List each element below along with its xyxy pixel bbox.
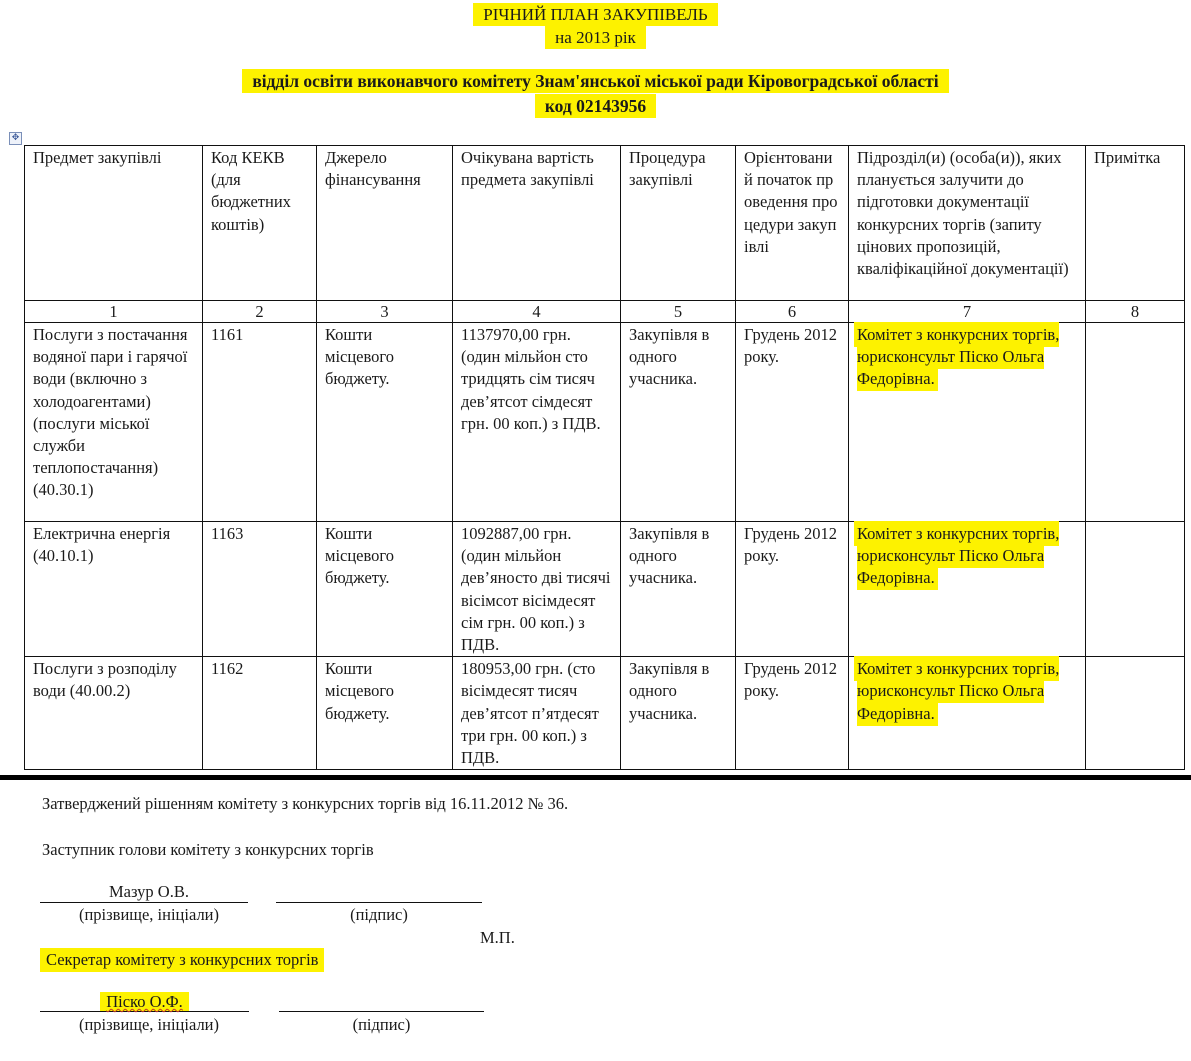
secretary-name: Піско О.Ф. xyxy=(100,992,189,1011)
cell-procedure: Закупівля в одного учасника. xyxy=(621,657,736,770)
cell-responsible: Комітет з конкурсних торгів, юрисконсуль… xyxy=(849,323,1086,522)
deputy-signature-caption: (підпис) xyxy=(276,905,482,925)
cell-source: Кошти місцевого бюджету. xyxy=(317,657,453,770)
document-title: РІЧНИЙ ПЛАН ЗАКУПІВЕЛЬ xyxy=(0,4,1191,26)
table-row: Послуги з розподілу води (40.00.2) 1162 … xyxy=(25,657,1185,770)
header-start: Орієнтований початок проведення процедур… xyxy=(736,146,849,301)
header-note: Примітка xyxy=(1086,146,1185,301)
cell-source: Кошти місцевого бюджету. xyxy=(317,522,453,657)
secretary-signature-caption: (підпис) xyxy=(279,1015,484,1035)
responsible-text: Комітет з конкурсних торгів, юрисконсуль… xyxy=(857,659,1059,722)
approval-statement: Затверджений рішенням комітету з конкурс… xyxy=(42,794,568,814)
table-row: Послуги з постачання водяної пари і гаря… xyxy=(25,323,1185,522)
table-header-row: Предмет закупівлі Код КЕКВ (для бюджетни… xyxy=(25,146,1185,301)
cell-procedure: Закупівля в одного учасника. xyxy=(621,522,736,657)
cell-kekv: 1162 xyxy=(203,657,317,770)
deputy-signature-line xyxy=(276,884,482,903)
cell-subject: Електрична енергія (40.10.1) xyxy=(25,522,203,657)
column-number: 1 xyxy=(25,301,203,323)
cell-responsible: Комітет з конкурсних торгів, юрисконсуль… xyxy=(849,657,1086,770)
document-year-text: на 2013 рік xyxy=(545,26,646,49)
secretary-name-caption: (прізвище, ініціали) xyxy=(40,1015,258,1035)
cell-cost: 1092887,00 грн. (один мільйон дев’яносто… xyxy=(453,522,621,657)
responsible-text: Комітет з конкурсних торгів, юрисконсуль… xyxy=(857,524,1059,587)
procurement-table: Предмет закупівлі Код КЕКВ (для бюджетни… xyxy=(24,145,1185,770)
cell-responsible: Комітет з конкурсних торгів, юрисконсуль… xyxy=(849,522,1086,657)
secretary-signature-line xyxy=(279,993,484,1012)
deputy-chair-title: Заступник голови комітету з конкурсних т… xyxy=(42,840,374,860)
deputy-name-caption: (прізвище, ініціали) xyxy=(40,905,258,925)
column-number: 8 xyxy=(1086,301,1185,323)
column-number: 7 xyxy=(849,301,1086,323)
cell-cost: 1137970,00 грн. (один мільйон сто тридця… xyxy=(453,323,621,522)
cell-kekv: 1161 xyxy=(203,323,317,522)
cell-subject: Послуги з постачання водяної пари і гаря… xyxy=(25,323,203,522)
column-number: 5 xyxy=(621,301,736,323)
header-source: Джерело фінансування xyxy=(317,146,453,301)
header-cost: Очікувана вартість предмета закупівлі xyxy=(453,146,621,301)
cell-note xyxy=(1086,657,1185,770)
cell-note xyxy=(1086,522,1185,657)
column-number: 2 xyxy=(203,301,317,323)
stamp-placeholder: М.П. xyxy=(480,928,515,948)
cell-subject: Послуги з розподілу води (40.00.2) xyxy=(25,657,203,770)
cell-procedure: Закупівля в одного учасника. xyxy=(621,323,736,522)
cell-start: Грудень 2012 року. xyxy=(736,323,849,522)
organization-code-text: код 02143956 xyxy=(535,94,656,118)
cell-start: Грудень 2012 року. xyxy=(736,657,849,770)
cell-start: Грудень 2012 року. xyxy=(736,522,849,657)
header-kekv: Код КЕКВ (для бюджетних коштів) xyxy=(203,146,317,301)
organization-name-text: відділ освіти виконавчого комітету Знам'… xyxy=(242,69,948,93)
secretary-title: Секретар комітету з конкурсних торгів xyxy=(40,948,324,972)
document-year: на 2013 рік xyxy=(0,27,1191,49)
cell-note xyxy=(1086,323,1185,522)
responsible-text: Комітет з конкурсних торгів, юрисконсуль… xyxy=(857,325,1059,388)
page-break-divider xyxy=(0,775,1191,780)
organization-name: відділ освіти виконавчого комітету Знам'… xyxy=(0,69,1191,93)
header-procedure: Процедура закупівлі xyxy=(621,146,736,301)
table-move-handle-icon[interactable]: ✥ xyxy=(9,132,22,145)
column-number: 3 xyxy=(317,301,453,323)
cell-cost: 180953,00 грн. (сто вісімдесят тисяч дев… xyxy=(453,657,621,770)
cell-kekv: 1163 xyxy=(203,522,317,657)
document-title-text: РІЧНИЙ ПЛАН ЗАКУПІВЕЛЬ xyxy=(473,3,717,26)
cell-source: Кошти місцевого бюджету. xyxy=(317,323,453,522)
column-number: 4 xyxy=(453,301,621,323)
deputy-name: Мазур О.В. xyxy=(40,882,258,902)
header-subject: Предмет закупівлі xyxy=(25,146,203,301)
header-responsible: Підрозділ(и) (особа(и)), яких планується… xyxy=(849,146,1086,301)
column-number: 6 xyxy=(736,301,849,323)
organization-code: код 02143956 xyxy=(0,94,1191,118)
table-row: Електрична енергія (40.10.1) 1163 Кошти … xyxy=(25,522,1185,657)
secretary-name-wrap: Піско О.Ф. xyxy=(40,992,249,1012)
column-number-row: 1 2 3 4 5 6 7 8 xyxy=(25,301,1185,323)
